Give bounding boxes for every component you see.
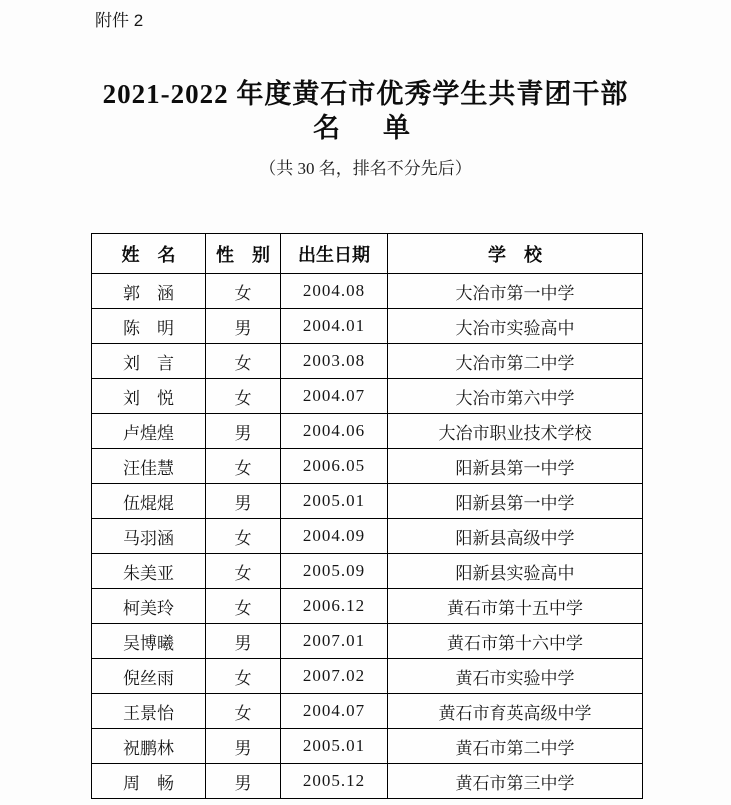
table-row: 刘 言女2003.08大冶市第二中学 xyxy=(92,344,643,379)
cell-gender: 男 xyxy=(206,729,281,764)
students-table: 姓 名 性 别 出生日期 学 校 郭 涵女2004.08大冶市第一中学陈 明男2… xyxy=(91,233,643,799)
cell-birthdate: 2006.05 xyxy=(281,449,388,484)
attachment-label: 附件 2 xyxy=(95,10,143,32)
cell-name: 周 畅 xyxy=(92,764,206,799)
cell-name: 祝鹏林 xyxy=(92,729,206,764)
cell-birthdate: 2004.07 xyxy=(281,694,388,729)
cell-school: 黄石市育英高级中学 xyxy=(388,694,643,729)
cell-gender: 女 xyxy=(206,659,281,694)
table-row: 祝鹏林男2005.01黄石市第二中学 xyxy=(92,729,643,764)
cell-school: 黄石市实验中学 xyxy=(388,659,643,694)
table-row: 汪佳慧女2006.05阳新县第一中学 xyxy=(92,449,643,484)
cell-birthdate: 2005.01 xyxy=(281,484,388,519)
page-title: 2021-2022 年度黄石市优秀学生共青团干部 名 单 xyxy=(0,77,731,145)
cell-name: 倪丝雨 xyxy=(92,659,206,694)
cell-name: 卢煌煌 xyxy=(92,414,206,449)
table-row: 吴博曦男2007.01黄石市第十六中学 xyxy=(92,624,643,659)
cell-birthdate: 2007.01 xyxy=(281,624,388,659)
table-header-row: 姓 名 性 别 出生日期 学 校 xyxy=(92,234,643,274)
table-row: 陈 明男2004.01大冶市实验高中 xyxy=(92,309,643,344)
cell-gender: 女 xyxy=(206,554,281,589)
cell-birthdate: 2005.01 xyxy=(281,729,388,764)
cell-gender: 男 xyxy=(206,309,281,344)
cell-school: 大冶市职业技术学校 xyxy=(388,414,643,449)
cell-birthdate: 2004.01 xyxy=(281,309,388,344)
cell-name: 伍焜焜 xyxy=(92,484,206,519)
cell-name: 刘 言 xyxy=(92,344,206,379)
title-line-1: 2021-2022 年度黄石市优秀学生共青团干部 xyxy=(0,77,731,111)
cell-name: 吴博曦 xyxy=(92,624,206,659)
cell-name: 王景怡 xyxy=(92,694,206,729)
cell-name: 柯美玲 xyxy=(92,589,206,624)
column-header-school: 学 校 xyxy=(388,234,643,274)
cell-school: 黄石市第二中学 xyxy=(388,729,643,764)
table-row: 周 畅男2005.12黄石市第三中学 xyxy=(92,764,643,799)
table-row: 朱美亚女2005.09阳新县实验高中 xyxy=(92,554,643,589)
cell-birthdate: 2006.12 xyxy=(281,589,388,624)
cell-gender: 女 xyxy=(206,379,281,414)
cell-school: 阳新县实验高中 xyxy=(388,554,643,589)
table-row: 卢煌煌男2004.06大冶市职业技术学校 xyxy=(92,414,643,449)
cell-gender: 女 xyxy=(206,274,281,309)
cell-gender: 女 xyxy=(206,449,281,484)
cell-gender: 男 xyxy=(206,624,281,659)
cell-birthdate: 2004.09 xyxy=(281,519,388,554)
cell-name: 刘 悦 xyxy=(92,379,206,414)
cell-gender: 男 xyxy=(206,764,281,799)
title-line-2: 名 单 xyxy=(0,111,731,145)
cell-birthdate: 2004.06 xyxy=(281,414,388,449)
cell-name: 马羽涵 xyxy=(92,519,206,554)
column-header-gender: 性 别 xyxy=(206,234,281,274)
cell-name: 陈 明 xyxy=(92,309,206,344)
cell-birthdate: 2005.12 xyxy=(281,764,388,799)
cell-school: 大冶市第一中学 xyxy=(388,274,643,309)
cell-school: 大冶市第六中学 xyxy=(388,379,643,414)
column-header-name: 姓 名 xyxy=(92,234,206,274)
cell-gender: 女 xyxy=(206,589,281,624)
table-body: 郭 涵女2004.08大冶市第一中学陈 明男2004.01大冶市实验高中刘 言女… xyxy=(92,274,643,799)
cell-birthdate: 2004.07 xyxy=(281,379,388,414)
table-row: 郭 涵女2004.08大冶市第一中学 xyxy=(92,274,643,309)
cell-gender: 女 xyxy=(206,344,281,379)
cell-gender: 女 xyxy=(206,694,281,729)
cell-school: 阳新县第一中学 xyxy=(388,449,643,484)
table-row: 马羽涵女2004.09阳新县高级中学 xyxy=(92,519,643,554)
document-page: 附件 2 2021-2022 年度黄石市优秀学生共青团干部 名 单 （共 30 … xyxy=(0,0,731,805)
cell-school: 黄石市第十五中学 xyxy=(388,589,643,624)
cell-birthdate: 2007.02 xyxy=(281,659,388,694)
cell-birthdate: 2004.08 xyxy=(281,274,388,309)
table-row: 刘 悦女2004.07大冶市第六中学 xyxy=(92,379,643,414)
table-row: 王景怡女2004.07黄石市育英高级中学 xyxy=(92,694,643,729)
cell-name: 朱美亚 xyxy=(92,554,206,589)
cell-school: 阳新县高级中学 xyxy=(388,519,643,554)
cell-name: 汪佳慧 xyxy=(92,449,206,484)
document-subtitle: （共 30 名，排名不分先后） xyxy=(0,157,731,180)
cell-school: 黄石市第十六中学 xyxy=(388,624,643,659)
cell-school: 大冶市第二中学 xyxy=(388,344,643,379)
cell-school: 大冶市实验高中 xyxy=(388,309,643,344)
table-row: 倪丝雨女2007.02黄石市实验中学 xyxy=(92,659,643,694)
table-row: 柯美玲女2006.12黄石市第十五中学 xyxy=(92,589,643,624)
cell-gender: 女 xyxy=(206,519,281,554)
cell-school: 阳新县第一中学 xyxy=(388,484,643,519)
table-row: 伍焜焜男2005.01阳新县第一中学 xyxy=(92,484,643,519)
cell-name: 郭 涵 xyxy=(92,274,206,309)
column-header-birthdate: 出生日期 xyxy=(281,234,388,274)
cell-gender: 男 xyxy=(206,484,281,519)
cell-school: 黄石市第三中学 xyxy=(388,764,643,799)
cell-gender: 男 xyxy=(206,414,281,449)
cell-birthdate: 2005.09 xyxy=(281,554,388,589)
cell-birthdate: 2003.08 xyxy=(281,344,388,379)
